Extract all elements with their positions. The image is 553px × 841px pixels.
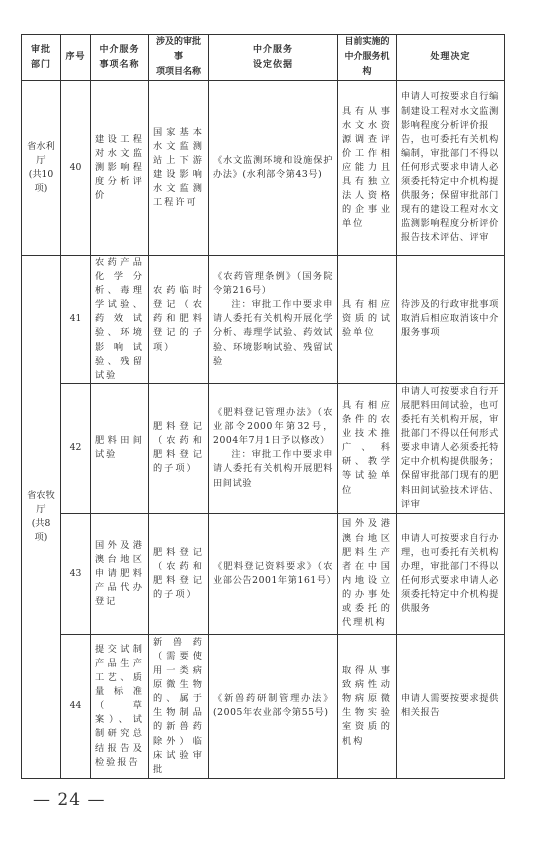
header-service-name: 中介服务 事项名称: [91, 35, 149, 81]
seq-cell: 41: [61, 256, 91, 384]
header-dept: 审批 部门: [22, 35, 61, 81]
decision-cell: 申请人可按要求自行编制建设工程对水文监测影响程度分析评价报告，也可委托有关机构编…: [397, 81, 505, 256]
service-name-cell: 建设工程对水文监测影响程度分析评价: [91, 81, 149, 256]
table-row: 44 提交试制产品生产工艺、质量标准（草案）、试制研究总结报告及检验报告 新兽药…: [22, 634, 505, 778]
institution-cell: 具有相应资质的试验单位: [338, 256, 397, 384]
dept-cell: 省农牧厅 (共8项): [22, 256, 61, 779]
seq-cell: 43: [61, 513, 91, 634]
approval-item-cell: 肥料登记（农药和肥料登记的子项）: [149, 383, 209, 513]
institution-cell: 具有从事水文水资源调查评价工作相应能力且具有独立法人资格的企事业单位: [338, 81, 397, 256]
table-header-row: 审批 部门 序号 中介服务 事项名称 涉及的审批事 项项目名称 中介服务 设定依…: [22, 35, 505, 81]
basis-note: 注：审批工作中要求申请人委托有关机构开展肥料田间试验: [213, 448, 333, 490]
institution-cell: 具有相应条件的农业技术推广、科研、教学等试验单位: [338, 383, 397, 513]
basis-cell: 《水文监测环境和设施保护办法》(水利部令第43号): [209, 81, 338, 256]
header-institution: 目前实施的 中介服务机构: [338, 35, 397, 81]
decision-cell: 申请人可按要求自行办理，也可委托有关机构办理，审批部门不得以任何形式要求申请人必…: [397, 513, 505, 634]
approval-item-cell: 肥料登记（农药和肥料登记的子项）: [149, 513, 209, 634]
basis-text: 《肥料登记管理办法》（农业部令2000年第32号，2004年7月1日予以修改）: [213, 407, 333, 446]
basis-note: 注：审批工作中要求申请人委托有关机构开展化学分析、毒理学试验、药效试验、环境影响…: [213, 298, 333, 368]
basis-text: 《农药管理条例》（国务院令第216号）: [213, 271, 333, 296]
header-seq: 序号: [61, 35, 91, 81]
basis-cell: 《肥料登记资料要求》（农业部公告2001年第161号）: [209, 513, 338, 634]
page-number: — 24 —: [33, 790, 105, 810]
decision-cell: 申请人需要按要求提供相关报告: [397, 634, 505, 778]
institution-cell: 取得从事致病性动物病原微生物实验室资质的机构: [338, 634, 397, 778]
header-decision: 处理决定: [397, 35, 505, 81]
intermediary-services-table: 审批 部门 序号 中介服务 事项名称 涉及的审批事 项项目名称 中介服务 设定依…: [21, 34, 505, 779]
table-row: 省水利厅 (共10项) 40 建设工程对水文监测影响程度分析评价 国家基本水文监…: [22, 81, 505, 256]
decision-cell: 待涉及的行政审批事项取消后相应取消该中介服务事项: [397, 256, 505, 384]
decision-cell: 申请人可按要求自行开展肥料田间试验，也可委托有关机构开展，审批部门不得以任何形式…: [397, 383, 505, 513]
dept-cell: 省水利厅 (共10项): [22, 81, 61, 256]
basis-cell: 《新兽药研制管理办法》(2005年农业部令第55号): [209, 634, 338, 778]
service-name-cell: 农药产品化学分析、毒理学试验、药效试验、环境影响试验、残留试验: [91, 256, 149, 384]
table-row: 42 肥料田间试验 肥料登记（农药和肥料登记的子项） 《肥料登记管理办法》（农业…: [22, 383, 505, 513]
table-row: 省农牧厅 (共8项) 41 农药产品化学分析、毒理学试验、药效试验、环境影响试验…: [22, 256, 505, 384]
approval-item-cell: 国家基本水文监测站上下游建设影响水文监测工程许可: [149, 81, 209, 256]
header-basis: 中介服务 设定依据: [209, 35, 338, 81]
basis-cell: 《农药管理条例》（国务院令第216号） 注：审批工作中要求申请人委托有关机构开展…: [209, 256, 338, 384]
institution-cell: 国外及港澳台地区肥料生产者在中国内地设立的办事处或委托的代理机构: [338, 513, 397, 634]
seq-cell: 44: [61, 634, 91, 778]
basis-cell: 《肥料登记管理办法》（农业部令2000年第32号，2004年7月1日予以修改） …: [209, 383, 338, 513]
approval-item-cell: 新兽药（需要使用一类病原微生物的、属于生物制品的新兽药除外）临床试验审批: [149, 634, 209, 778]
seq-cell: 40: [61, 81, 91, 256]
service-name-cell: 提交试制产品生产工艺、质量标准（草案）、试制研究总结报告及检验报告: [91, 634, 149, 778]
table-row: 43 国外及港澳台地区申请肥料产品代办登记 肥料登记（农药和肥料登记的子项） 《…: [22, 513, 505, 634]
service-name-cell: 肥料田间试验: [91, 383, 149, 513]
service-name-cell: 国外及港澳台地区申请肥料产品代办登记: [91, 513, 149, 634]
approval-item-cell: 农药临时登记（农药和肥料登记的子项）: [149, 256, 209, 384]
seq-cell: 42: [61, 383, 91, 513]
header-approval-item: 涉及的审批事 项项目名称: [149, 35, 209, 81]
